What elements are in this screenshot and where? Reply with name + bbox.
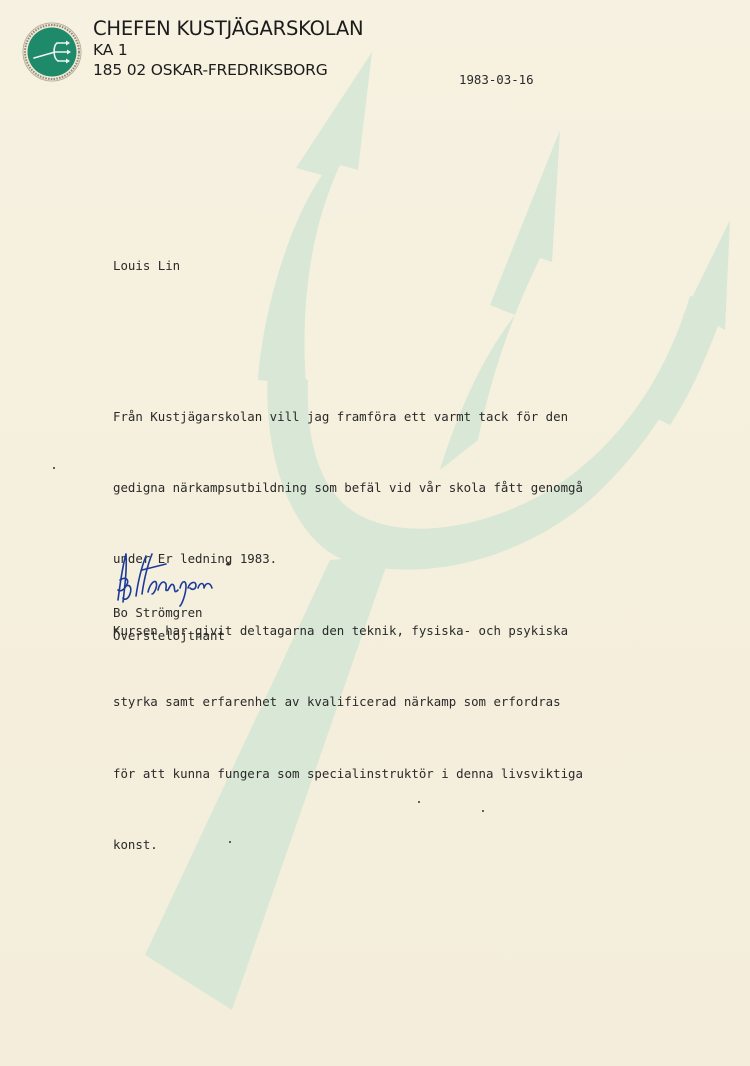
handwritten-signature-icon	[112, 550, 222, 610]
recipient-name: Louis Lin	[113, 258, 180, 273]
body-line: styrka samt erfarenhet av kvalificerad n…	[113, 690, 583, 714]
paper-speck	[482, 810, 484, 812]
letter-page: CHEFEN KUSTJÄGARSKOLAN KA 1 185 02 OSKAR…	[0, 0, 750, 1066]
body-line: för att kunna fungera som specialinstruk…	[113, 762, 583, 786]
body-line: konst.	[113, 833, 583, 857]
paper-speck	[226, 563, 230, 565]
paper-speck	[229, 841, 231, 843]
letterhead: CHEFEN KUSTJÄGARSKOLAN KA 1 185 02 OSKAR…	[93, 17, 363, 80]
letterhead-title: CHEFEN KUSTJÄGARSKOLAN	[93, 17, 363, 40]
letterhead-address: 185 02 OSKAR-FREDRIKSBORG	[93, 60, 363, 80]
paper-speck	[53, 467, 55, 469]
body-line: Från Kustjägarskolan vill jag framföra e…	[113, 405, 583, 429]
paper-speck	[418, 801, 420, 803]
letter-date: 1983-03-16	[459, 72, 534, 87]
signatory-title: Överstelöjtnant	[113, 628, 225, 643]
signatory-name: Bo Strömgren	[113, 605, 203, 620]
trident-emblem-icon	[22, 22, 82, 82]
letterhead-unit: KA 1	[93, 40, 363, 60]
body-line: gedigna närkampsutbildning som befäl vid…	[113, 476, 583, 500]
